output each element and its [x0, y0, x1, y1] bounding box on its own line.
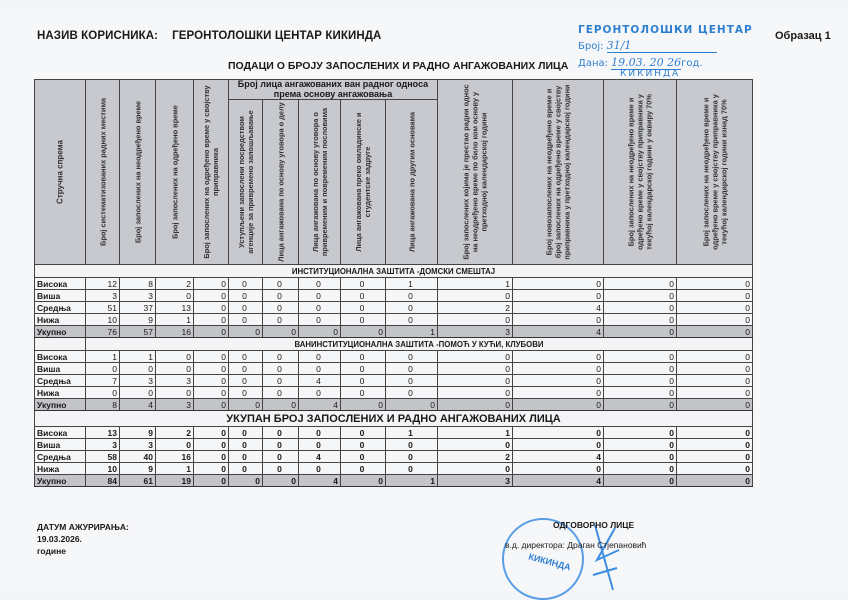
table-cell: 0	[120, 387, 156, 399]
table-cell: 0	[194, 399, 229, 411]
table-row: Средња5137130000002400	[35, 302, 753, 314]
table-cell: 4	[513, 326, 604, 338]
table-cell: 12	[86, 278, 120, 290]
section-header: ВАНИНСТИТУЦИОНАЛНА ЗАШТИТА -ПОМОЋ У КУЋИ…	[35, 338, 753, 351]
section-title: УКУПАН БРОЈ ЗАПОСЛЕНИХ И РАДНО АНГАЖОВАН…	[35, 411, 753, 427]
table-row: Висока1100000000000	[35, 351, 753, 363]
table-cell: 0	[604, 302, 677, 314]
table-cell: 0	[604, 399, 677, 411]
col-new-hires: Број новозапослених на неодређено време …	[513, 80, 604, 265]
table-cell: 0	[438, 375, 513, 387]
table-row: Нижа10910000000000	[35, 463, 753, 475]
update-info: ДАТУМ АЖУРИРАЊА: 19.03.2026. године	[37, 521, 129, 557]
table-cell: 7	[86, 375, 120, 387]
table-cell: 0	[386, 314, 438, 326]
table-cell: 0	[120, 363, 156, 375]
table-cell: 4	[513, 451, 604, 463]
table-cell: 9	[120, 463, 156, 475]
table-cell: 2	[438, 451, 513, 463]
table-row: Виша3300000000000	[35, 290, 753, 302]
table-cell: 0	[229, 326, 263, 338]
table-cell: 0	[677, 363, 753, 375]
table-cell: 0	[263, 375, 299, 387]
table-cell: 0	[229, 278, 263, 290]
col-indefinite: Број запослених на неодређено време	[120, 80, 156, 265]
table-row: Висока13920000011000	[35, 427, 753, 439]
table-cell: 0	[677, 314, 753, 326]
table-cell: 4	[513, 302, 604, 314]
table-cell: 0	[229, 399, 263, 411]
table-cell: 1	[156, 314, 194, 326]
col-label: Уступљени запослени посредством агенције…	[237, 102, 255, 262]
responsible-person-label: ОДГОВОРНО ЛИЦЕ	[553, 520, 634, 530]
section-spacer	[35, 338, 86, 351]
signature-icon	[585, 520, 625, 595]
table-cell: 0	[263, 363, 299, 375]
table-cell: 0	[341, 451, 386, 463]
col-within-70: Број запослених на неодређено време и од…	[604, 80, 677, 265]
row-label: Виша	[35, 290, 86, 302]
table-cell: 0	[677, 427, 753, 439]
col-work-contract: Лица ангажована по основу уговора о делу	[263, 100, 299, 265]
table-cell: 0	[438, 314, 513, 326]
table-cell: 0	[513, 375, 604, 387]
table-cell: 3	[156, 375, 194, 387]
form-number: Образац 1	[775, 30, 831, 42]
table-cell: 0	[513, 439, 604, 451]
row-label: Нижа	[35, 314, 86, 326]
table-cell: 0	[677, 375, 753, 387]
section-header: УКУПАН БРОЈ ЗАПОСЛЕНИХ И РАДНО АНГАЖОВАН…	[35, 411, 753, 427]
employee-table: Стручна спрема Број систематизованих рад…	[34, 79, 753, 487]
col-temporary-work: Лица ангажована по основу уговора о прив…	[299, 100, 341, 265]
table-cell: 61	[120, 475, 156, 487]
table-cell: 0	[677, 278, 753, 290]
table-cell: 0	[299, 387, 341, 399]
table-cell: 0	[677, 439, 753, 451]
table-cell: 0	[263, 451, 299, 463]
col-label: Број систематизованих радних местима	[98, 82, 107, 262]
table-cell: 16	[156, 451, 194, 463]
table-cell: 0	[263, 278, 299, 290]
table-cell: 0	[604, 427, 677, 439]
stamp-number-value: 31/1	[607, 39, 717, 53]
table-cell: 8	[86, 399, 120, 411]
table-cell: 1	[386, 326, 438, 338]
table-cell: 0	[513, 290, 604, 302]
table-cell: 0	[229, 363, 263, 375]
table-cell: 0	[604, 463, 677, 475]
table-cell: 0	[604, 351, 677, 363]
table-cell: 0	[341, 439, 386, 451]
table-cell: 0	[229, 475, 263, 487]
update-label: ДАТУМ АЖУРИРАЊА:	[37, 521, 129, 533]
table-cell: 0	[263, 475, 299, 487]
table-cell: 0	[604, 387, 677, 399]
table-cell: 0	[156, 387, 194, 399]
table-cell: 19	[156, 475, 194, 487]
stamp-org: ГЕРОНТОЛОШКИ ЦЕНТАР	[578, 24, 753, 36]
table-cell: 0	[677, 387, 753, 399]
table-row: Висока12820000011000	[35, 278, 753, 290]
table-cell: 0	[299, 290, 341, 302]
row-label: Нижа	[35, 463, 86, 475]
table-cell: 0	[604, 451, 677, 463]
table-cell: 0	[263, 399, 299, 411]
table-cell: 0	[604, 326, 677, 338]
table-cell: 0	[229, 314, 263, 326]
row-label: Висока	[35, 278, 86, 290]
table-row: Виша3300000000000	[35, 439, 753, 451]
table-cell: 0	[299, 463, 341, 475]
table-cell: 3	[438, 475, 513, 487]
table-cell: 0	[386, 439, 438, 451]
table-cell: 0	[513, 314, 604, 326]
table-cell: 0	[194, 314, 229, 326]
table-cell: 9	[120, 314, 156, 326]
table-cell: 1	[438, 278, 513, 290]
stamp-date-suffix: год.	[681, 58, 702, 69]
col-label: Лица ангажована преко омладинске и студе…	[354, 102, 372, 262]
table-row: Виша0000000000000	[35, 363, 753, 375]
table-cell: 0	[194, 302, 229, 314]
table-cell: 0	[194, 363, 229, 375]
table-cell: 2	[438, 302, 513, 314]
col-label: Лица ангажована по основу уговора о прив…	[311, 102, 329, 262]
table-cell: 0	[299, 363, 341, 375]
table-cell: 0	[677, 475, 753, 487]
col-over-70: Број запослених на неодређено време и од…	[677, 80, 753, 265]
table-cell: 0	[513, 399, 604, 411]
table-cell: 0	[677, 451, 753, 463]
table-cell: 0	[194, 375, 229, 387]
table-cell: 1	[386, 278, 438, 290]
table-cell: 0	[438, 387, 513, 399]
col-qualification: Стручна спрема	[35, 80, 86, 265]
col-systematized: Број систематизованих радних местима	[86, 80, 120, 265]
update-date: 19.03.2026.	[37, 533, 129, 545]
stamp-date-value: 19.03. 20 26	[611, 56, 681, 70]
table-row: Нижа10910000000000	[35, 314, 753, 326]
signer-name: в.д. директора: Драган Стјепановић	[505, 540, 647, 550]
table-cell: 0	[513, 463, 604, 475]
table-cell: 0	[299, 351, 341, 363]
table-cell: 3	[120, 375, 156, 387]
table-cell: 0	[263, 387, 299, 399]
table-cell: 0	[677, 351, 753, 363]
user-name: ГЕРОНТОЛОШКИ ЦЕНТАР КИКИНДА	[172, 30, 381, 42]
row-label: Висока	[35, 351, 86, 363]
table-cell: 0	[194, 326, 229, 338]
table-cell: 10	[86, 314, 120, 326]
table-cell: 0	[438, 351, 513, 363]
table-cell: 0	[263, 427, 299, 439]
table-cell: 0	[386, 302, 438, 314]
table-row: Нижа0000000000000	[35, 387, 753, 399]
table-cell: 0	[438, 399, 513, 411]
table-cell: 3	[156, 399, 194, 411]
table-cell: 0	[386, 351, 438, 363]
table-cell: 0	[604, 363, 677, 375]
table-cell: 0	[194, 427, 229, 439]
table-cell: 40	[120, 451, 156, 463]
table-cell: 0	[438, 439, 513, 451]
table-cell: 0	[386, 463, 438, 475]
table-cell: 3	[120, 290, 156, 302]
table-cell: 0	[677, 290, 753, 302]
table-cell: 0	[229, 451, 263, 463]
table-cell: 3	[120, 439, 156, 451]
table-cell: 51	[86, 302, 120, 314]
table-cell: 8	[120, 278, 156, 290]
table-cell: 0	[194, 387, 229, 399]
table-cell: 57	[120, 326, 156, 338]
table-cell: 0	[438, 363, 513, 375]
stamp-city: КИКИНДА	[620, 69, 753, 79]
table-cell: 13	[86, 427, 120, 439]
table-cell: 1	[156, 463, 194, 475]
stamp-date-row: Дана: 19.03. 20 26год.	[578, 56, 753, 70]
col-other-basis: Лица ангажована по другим основама	[386, 100, 438, 265]
table-cell: 4	[299, 375, 341, 387]
table-cell: 0	[156, 290, 194, 302]
table-cell: 0	[194, 351, 229, 363]
table-cell: 10	[86, 463, 120, 475]
table-cell: 0	[229, 463, 263, 475]
table-cell: 1	[386, 427, 438, 439]
table-row: Средња7330004000000	[35, 375, 753, 387]
table-cell: 0	[438, 290, 513, 302]
section-title: ВАНИНСТИТУЦИОНАЛНА ЗАШТИТА -ПОМОЋ У КУЋИ…	[86, 338, 753, 351]
table-cell: 0	[299, 427, 341, 439]
table-cell: 0	[341, 314, 386, 326]
row-label: Средња	[35, 375, 86, 387]
table-cell: 0	[677, 302, 753, 314]
table-cell: 0	[677, 399, 753, 411]
col-label: Број новозапослених на неодређено време …	[545, 82, 572, 262]
stamp-number-label: Број:	[578, 41, 603, 52]
user-label: НАЗИВ КОРИСНИКА:ГЕРОНТОЛОШКИ ЦЕНТАР КИКИ…	[37, 30, 381, 42]
table-cell: 0	[341, 387, 386, 399]
table-cell: 3	[86, 439, 120, 451]
table-cell: 0	[438, 463, 513, 475]
table-cell: 4	[513, 475, 604, 487]
col-label: Број запослених на неодређено време и од…	[701, 82, 728, 262]
table-cell: 1	[120, 351, 156, 363]
table-cell: 0	[341, 351, 386, 363]
table-cell: 0	[341, 427, 386, 439]
col-label: Лица ангажована по другим основама	[407, 102, 416, 262]
table-cell: 0	[386, 375, 438, 387]
table-cell: 0	[604, 290, 677, 302]
table-cell: 0	[263, 351, 299, 363]
table-cell: 0	[677, 326, 753, 338]
table-cell: 0	[604, 475, 677, 487]
table-cell: 2	[156, 427, 194, 439]
stamp-date-label: Дана:	[578, 58, 608, 69]
table-cell: 0	[341, 326, 386, 338]
table-cell: 37	[120, 302, 156, 314]
col-fixed-term: Број запослених на одређено време	[156, 80, 194, 265]
table-cell: 0	[229, 351, 263, 363]
col-interns: Број запослених на одређено време у свој…	[194, 80, 229, 265]
stamp-number-row: Број: 31/1	[578, 39, 753, 53]
col-student-coop: Лица ангажована преко омладинске и студе…	[341, 100, 386, 265]
table-cell: 16	[156, 326, 194, 338]
table-cell: 0	[386, 387, 438, 399]
table-cell: 0	[263, 326, 299, 338]
table-cell: 1	[438, 427, 513, 439]
table-cell: 4	[299, 399, 341, 411]
table-cell: 0	[86, 387, 120, 399]
table-cell: 0	[229, 302, 263, 314]
table-cell: 1	[86, 351, 120, 363]
table-cell: 0	[386, 399, 438, 411]
table-cell: 0	[194, 475, 229, 487]
table-cell: 0	[263, 439, 299, 451]
table-cell: 0	[604, 314, 677, 326]
table-cell: 0	[229, 387, 263, 399]
table-cell: 76	[86, 326, 120, 338]
table-cell: 0	[194, 451, 229, 463]
table-row: Средња5840160004002400	[35, 451, 753, 463]
table-cell: 0	[299, 302, 341, 314]
row-label: Виша	[35, 439, 86, 451]
update-suffix: године	[37, 545, 129, 557]
col-label: Број запослених на одређено време	[170, 82, 179, 262]
table-cell: 13	[156, 302, 194, 314]
table-cell: 58	[86, 451, 120, 463]
col-agency: Уступљени запослени посредством агенције…	[229, 100, 263, 265]
col-label: Број запослених на одређено време у свој…	[202, 82, 220, 262]
table-cell: 0	[386, 451, 438, 463]
col-label: Број запослених на неодређено време и од…	[627, 82, 654, 262]
table-cell: 0	[386, 363, 438, 375]
table-cell: 0	[263, 463, 299, 475]
table-cell: 0	[341, 290, 386, 302]
table-cell: 4	[299, 451, 341, 463]
table-cell: 0	[677, 463, 753, 475]
col-group-engaged: Број лица ангажованих ван радног односа …	[229, 80, 438, 100]
table-cell: 0	[604, 278, 677, 290]
table-cell: 0	[341, 302, 386, 314]
row-label: Средња	[35, 451, 86, 463]
table-cell: 0	[341, 363, 386, 375]
user-label-caption: НАЗИВ КОРИСНИКА:	[37, 30, 158, 42]
table-cell: 0	[341, 375, 386, 387]
col-terminated: Број запослених којима је престао радни …	[438, 80, 513, 265]
col-label: Лица ангажована по основу уговора о делу	[276, 102, 285, 262]
col-qualification-label: Стручна спрема	[56, 82, 65, 262]
table-cell: 0	[263, 290, 299, 302]
row-label: Средња	[35, 302, 86, 314]
table-cell: 0	[341, 463, 386, 475]
col-label: Број запослених на неодређено време	[133, 82, 142, 262]
registry-stamp: ГЕРОНТОЛОШКИ ЦЕНТАР Број: 31/1 Дана: 19.…	[578, 24, 753, 79]
table-cell: 84	[86, 475, 120, 487]
page-title: ПОДАЦИ О БРОЈУ ЗАПОСЛЕНИХ И РАДНО АНГАЖО…	[228, 60, 568, 72]
table-cell: 0	[341, 475, 386, 487]
table-cell: 0	[194, 463, 229, 475]
table-cell: 0	[513, 278, 604, 290]
table-cell: 0	[513, 351, 604, 363]
table-cell: 9	[120, 427, 156, 439]
row-label: Укупно	[35, 399, 86, 411]
table-cell: 3	[438, 326, 513, 338]
table-cell: 4	[120, 399, 156, 411]
row-label: Укупно	[35, 326, 86, 338]
table-cell: 0	[194, 290, 229, 302]
row-label: Висока	[35, 427, 86, 439]
table-cell: 0	[341, 278, 386, 290]
table-cell: 0	[229, 375, 263, 387]
row-label: Виша	[35, 363, 86, 375]
table-cell: 0	[513, 387, 604, 399]
total-row: Укупно7657160000013400	[35, 326, 753, 338]
section-header: ИНСТИТУЦИОНАЛНА ЗАШТИТА -ДОМСКИ СМЕШТАЈ	[35, 265, 753, 278]
table-cell: 0	[386, 290, 438, 302]
table-cell: 0	[156, 439, 194, 451]
table-cell: 0	[263, 302, 299, 314]
table-cell: 0	[263, 314, 299, 326]
col-label: Број запослених којима је престао радни …	[462, 82, 489, 262]
section-title: ИНСТИТУЦИОНАЛНА ЗАШТИТА -ДОМСКИ СМЕШТАЈ	[35, 265, 753, 278]
table-cell: 4	[299, 475, 341, 487]
table-cell: 0	[299, 278, 341, 290]
table-cell: 0	[86, 363, 120, 375]
table-cell: 0	[194, 439, 229, 451]
table-cell: 1	[386, 475, 438, 487]
table-cell: 0	[229, 290, 263, 302]
row-label: Укупно	[35, 475, 86, 487]
table-cell: 0	[341, 399, 386, 411]
row-label: Нижа	[35, 387, 86, 399]
table-cell: 0	[229, 427, 263, 439]
table-cell: 0	[299, 314, 341, 326]
table-cell: 0	[604, 375, 677, 387]
table-cell: 0	[513, 363, 604, 375]
table-cell: 0	[299, 326, 341, 338]
table-cell: 3	[86, 290, 120, 302]
table-cell: 0	[156, 363, 194, 375]
table-cell: 2	[156, 278, 194, 290]
total-row: Укупно8430004000000	[35, 399, 753, 411]
table-cell: 0	[299, 439, 341, 451]
table-cell: 0	[229, 439, 263, 451]
total-row: Укупно8461190004013400	[35, 475, 753, 487]
table-cell: 0	[156, 351, 194, 363]
table-cell: 0	[194, 278, 229, 290]
table-cell: 0	[604, 439, 677, 451]
table-cell: 0	[513, 427, 604, 439]
